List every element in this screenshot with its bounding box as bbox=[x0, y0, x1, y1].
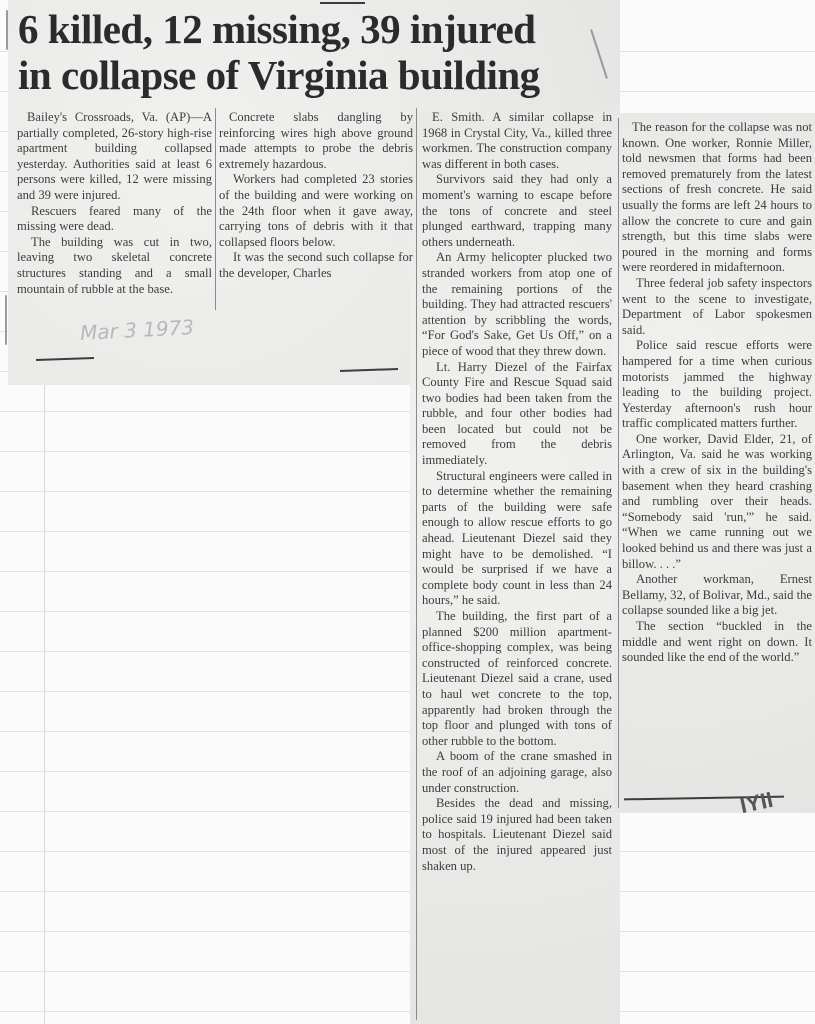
headline-line-2: in collapse of Virginia building bbox=[18, 52, 540, 98]
torn-text-fragment: IYII bbox=[738, 787, 776, 819]
article-paragraph: Bailey's Crossroads, Va. (AP)—A partiall… bbox=[17, 110, 212, 204]
article-paragraph: Lt. Harry Diezel of the Fairfax County F… bbox=[422, 360, 612, 469]
ink-mark bbox=[320, 2, 365, 4]
article-paragraph: Structural engineers were called in to d… bbox=[422, 469, 612, 609]
article-paragraph: E. Smith. A similar collapse in 1968 in … bbox=[422, 110, 612, 172]
column-divider bbox=[215, 108, 216, 310]
article-column-2: Concrete slabs dangling by reinforcing w… bbox=[219, 110, 413, 282]
headline: 6 killed, 12 missing, 39 injured in coll… bbox=[18, 6, 608, 98]
article-paragraph: Another workman, Ernest Bellamy, 32, of … bbox=[622, 572, 812, 619]
article-paragraph: Besides the dead and missing, police sai… bbox=[422, 796, 612, 874]
column-divider bbox=[416, 108, 417, 1020]
article-paragraph: The building was cut in two, leaving two… bbox=[17, 235, 212, 297]
column-divider bbox=[618, 118, 619, 808]
article-paragraph: The section “buckled in the middle and w… bbox=[622, 619, 812, 666]
article-paragraph: Rescuers feared many of the missing were… bbox=[17, 204, 212, 235]
article-paragraph: Three federal job safety inspectors went… bbox=[622, 276, 812, 338]
article-paragraph: One worker, David Elder, 21, of Arlingto… bbox=[622, 432, 812, 572]
article-paragraph: Survivors said they had only a moment's … bbox=[422, 172, 612, 250]
article-paragraph: The reason for the collapse was not know… bbox=[622, 120, 812, 276]
tape-edge-mark bbox=[6, 10, 8, 50]
article-paragraph: Concrete slabs dangling by reinforcing w… bbox=[219, 110, 413, 172]
article-paragraph: Workers had completed 23 stories of the … bbox=[219, 172, 413, 250]
article-column-1: Bailey's Crossroads, Va. (AP)—A partiall… bbox=[17, 110, 212, 297]
article-column-3: E. Smith. A similar collapse in 1968 in … bbox=[422, 110, 612, 874]
article-paragraph: The building, the first part of a planne… bbox=[422, 609, 612, 749]
tape-edge-mark bbox=[5, 295, 7, 345]
article-paragraph: An Army helicopter plucked two stranded … bbox=[422, 250, 612, 359]
article-paragraph: Police said rescue efforts were hampered… bbox=[622, 338, 812, 432]
headline-line-1: 6 killed, 12 missing, 39 injured bbox=[18, 6, 535, 52]
article-column-4: The reason for the collapse was not know… bbox=[622, 120, 812, 666]
article-paragraph: A boom of the crane smashed in the roof … bbox=[422, 749, 612, 796]
article-paragraph: It was the second such collapse for the … bbox=[219, 250, 413, 281]
